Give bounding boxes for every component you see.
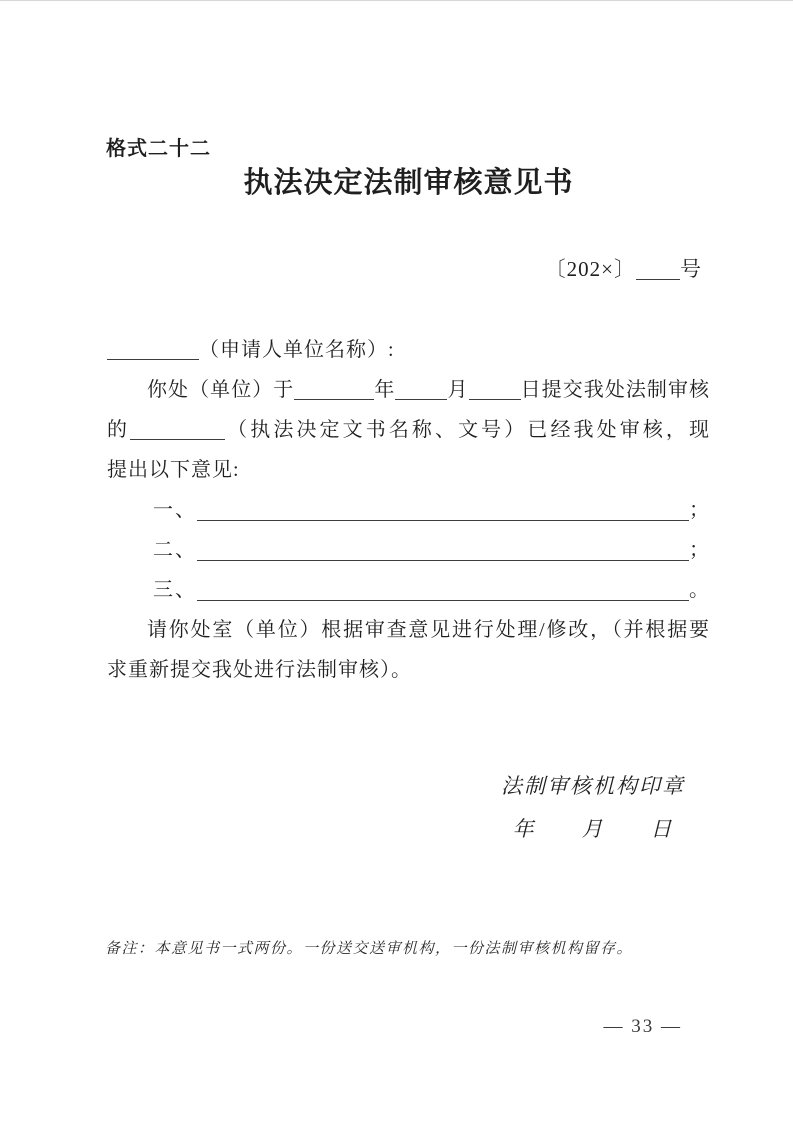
opinion-item-2: 二、 ； bbox=[107, 530, 710, 570]
opinion-item-1: 一、 ； bbox=[107, 490, 710, 530]
paragraph-line-2: 的（执法决定文书名称、文号）已经我处审核，现 bbox=[107, 410, 710, 450]
format-label: 格式二十二 bbox=[106, 136, 211, 162]
document-title: 执法决定法制审核意见书 bbox=[107, 164, 710, 202]
closing-text-2: 求重新提交我处进行法制审核）。 bbox=[107, 659, 412, 681]
para1-year-label: 年 bbox=[374, 379, 395, 401]
addressee-line: （申请人单位名称）: bbox=[107, 330, 710, 370]
closing-line-1: 请你处室（单位）根据审查意见进行处理/修改，（并根据要 bbox=[107, 610, 710, 650]
closing-text-1: 请你处室（单位）根据审查意见进行处理/修改，（并根据要 bbox=[147, 619, 710, 641]
doc-number-blank bbox=[636, 256, 680, 280]
page-number: — 33 — bbox=[604, 1016, 683, 1038]
year-blank bbox=[294, 377, 374, 400]
document-page: 格式二十二 执法决定法制审核意见书 〔202×〕号 （申请人单位名称）: 你处（… bbox=[0, 0, 793, 1123]
date-placeholder-line: 年 月 日 bbox=[501, 814, 685, 844]
opinion-item-2-label: 二、 bbox=[153, 530, 197, 570]
opinion-item-1-blank bbox=[197, 520, 689, 521]
opinion-item-3: 三、 。 bbox=[107, 570, 710, 610]
addressee-label: （申请人单位名称）: bbox=[199, 339, 395, 361]
document-name-blank bbox=[130, 417, 225, 440]
month-blank bbox=[395, 377, 447, 400]
day-blank bbox=[469, 377, 521, 400]
doc-number-suffix: 号 bbox=[680, 257, 702, 281]
document-number: 〔202×〕号 bbox=[545, 253, 702, 285]
footnote: 备注：本意见书一式两份。一份送交送审机构，一份法制审核机构留存。 bbox=[105, 937, 633, 958]
opinion-item-1-punct: ； bbox=[689, 490, 710, 530]
opinion-item-3-blank bbox=[197, 600, 689, 601]
document-body: （申请人单位名称）: 你处（单位）于年月日提交我处法制审核 的（执法决定文书名称… bbox=[107, 330, 710, 690]
opinion-item-1-label: 一、 bbox=[153, 490, 197, 530]
opinion-item-3-label: 三、 bbox=[153, 570, 197, 610]
para1-last: 提出以下意见: bbox=[107, 459, 240, 481]
para1-after-blank: （执法决定文书名称、文号）已经我处审核，现 bbox=[225, 419, 710, 441]
para1-month-label: 月 bbox=[447, 379, 468, 401]
para1-de: 的 bbox=[107, 419, 130, 441]
signature-block: 法制审核机构印章 年 月 日 bbox=[501, 771, 685, 844]
para1-before-year: 你处（单位）于 bbox=[147, 379, 294, 401]
closing-line-2: 求重新提交我处进行法制审核）。 bbox=[107, 650, 710, 690]
para1-day-after: 日提交我处法制审核 bbox=[521, 379, 710, 401]
doc-number-prefix: 〔202×〕 bbox=[545, 257, 636, 281]
opinion-item-2-blank bbox=[197, 560, 689, 561]
opinion-item-2-punct: ； bbox=[689, 530, 710, 570]
paragraph-line-1: 你处（单位）于年月日提交我处法制审核 bbox=[107, 370, 710, 410]
addressee-blank bbox=[107, 337, 199, 360]
seal-placeholder-line: 法制审核机构印章 bbox=[501, 771, 685, 801]
opinion-item-3-punct: 。 bbox=[689, 570, 710, 610]
paragraph-line-3: 提出以下意见: bbox=[107, 450, 710, 490]
